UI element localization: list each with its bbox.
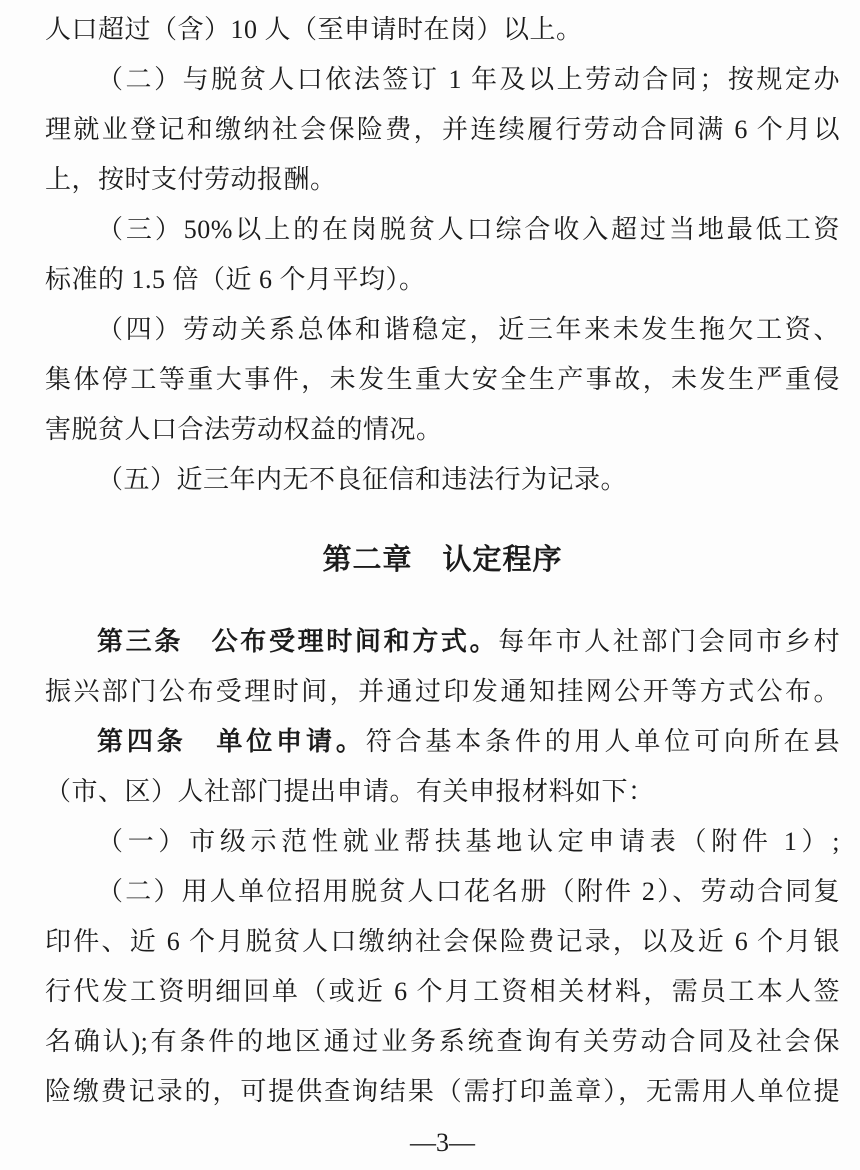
text-line-segment: （市、区）人社部门提出申请。有关申报材料如下：	[45, 777, 655, 806]
text-line: 理就业登记和缴纳社会保险费，并连续履行劳动合同满 6 个月以	[45, 104, 840, 154]
text-line: （二）与脱贫人口依法签订 1 年及以上劳动合同；按规定办	[45, 54, 840, 104]
text-line-segment: （五）近三年内无不良征信和违法行为记录。	[97, 465, 627, 494]
text-line-segment: 振兴部门公布受理时间，并通过印发通知挂网公开等方式公布。	[45, 677, 840, 706]
text-line-segment: （四）劳动关系总体和谐稳定，近三年来未发生拖欠工资、	[97, 315, 840, 344]
text-line-segment: （二）用人单位招用脱贫人口花名册（附件 2）、劳动合同复	[97, 877, 840, 906]
document-page: 人口超过（含）10 人（至申请时在岗）以上。 （二）与脱贫人口依法签订 1 年及…	[0, 0, 860, 1170]
text-line-segment: 符合基本条件的用人单位可向所在县	[366, 727, 840, 756]
text-line: （四）劳动关系总体和谐稳定，近三年来未发生拖欠工资、	[45, 304, 840, 354]
text-line: 集体停工等重大事件，未发生重大安全生产事故，未发生严重侵	[45, 354, 840, 404]
text-line-segment: 集体停工等重大事件，未发生重大安全生产事故，未发生严重侵	[45, 365, 840, 394]
text-line: （市、区）人社部门提出申请。有关申报材料如下：	[45, 766, 840, 816]
text-line-segment: 每年市人社部门会同市乡村	[498, 627, 840, 656]
text-line-segment: （三）50%以上的在岗脱贫人口综合收入超过当地最低工资	[97, 215, 840, 244]
text-line: （五）近三年内无不良征信和违法行为记录。	[45, 454, 840, 504]
text-line: 印件、近 6 个月脱贫人口缴纳社会保险费记录，以及近 6 个月银	[45, 916, 840, 966]
text-line: 人口超过（含）10 人（至申请时在岗）以上。	[45, 4, 840, 54]
text-line: 第三条 公布受理时间和方式。每年市人社部门会同市乡村	[45, 616, 840, 666]
text-line-segment: 险缴费记录的，可提供查询结果（需打印盖章），无需用人单位提	[45, 1077, 840, 1106]
text-line-segment: 标准的 1.5 倍（近 6 个月平均）。	[45, 265, 426, 294]
text-line-segment: （一）市级示范性就业帮扶基地认定申请表（附件 1）;	[97, 827, 840, 856]
text-line: 行代发工资明细回单（或近 6 个月工资相关材料，需员工本人签	[45, 966, 840, 1016]
text-line: （二）用人单位招用脱贫人口花名册（附件 2）、劳动合同复	[45, 866, 840, 916]
text-line-segment: 害脱贫人口合法劳动权益的情况。	[45, 415, 443, 444]
text-line: 名确认);有条件的地区通过业务系统查询有关劳动合同及社会保	[45, 1016, 840, 1066]
text-line-bold-segment: 第四条 单位申请。	[97, 726, 366, 756]
text-line-segment: 理就业登记和缴纳社会保险费，并连续履行劳动合同满 6 个月以	[45, 115, 840, 144]
text-line-segment: 上，按时支付劳动报酬。	[45, 165, 337, 194]
text-line-segment: 名确认);有条件的地区通过业务系统查询有关劳动合同及社会保	[45, 1027, 840, 1056]
text-line-segment: 行代发工资明细回单（或近 6 个月工资相关材料，需员工本人签	[45, 977, 840, 1006]
chapter-heading: 第二章 认定程序	[45, 504, 840, 616]
text-line: （三）50%以上的在岗脱贫人口综合收入超过当地最低工资	[45, 204, 840, 254]
text-line-bold-segment: 第三条 公布受理时间和方式。	[97, 626, 498, 656]
page-number: —3—	[45, 1116, 840, 1170]
text-line-segment: 印件、近 6 个月脱贫人口缴纳社会保险费记录，以及近 6 个月银	[45, 927, 840, 956]
text-line: （一）市级示范性就业帮扶基地认定申请表（附件 1）;	[45, 816, 840, 866]
text-line: 第四条 单位申请。符合基本条件的用人单位可向所在县	[45, 716, 840, 766]
text-line: 险缴费记录的，可提供查询结果（需打印盖章），无需用人单位提	[45, 1066, 840, 1116]
text-line: 上，按时支付劳动报酬。	[45, 154, 840, 204]
text-line: 标准的 1.5 倍（近 6 个月平均）。	[45, 254, 840, 304]
text-line-segment: 人口超过（含）10 人（至申请时在岗）以上。	[45, 15, 583, 44]
text-line: 害脱贫人口合法劳动权益的情况。	[45, 404, 840, 454]
text-line-segment: （二）与脱贫人口依法签订 1 年及以上劳动合同；按规定办	[97, 65, 840, 94]
text-line: 振兴部门公布受理时间，并通过印发通知挂网公开等方式公布。	[45, 666, 840, 716]
